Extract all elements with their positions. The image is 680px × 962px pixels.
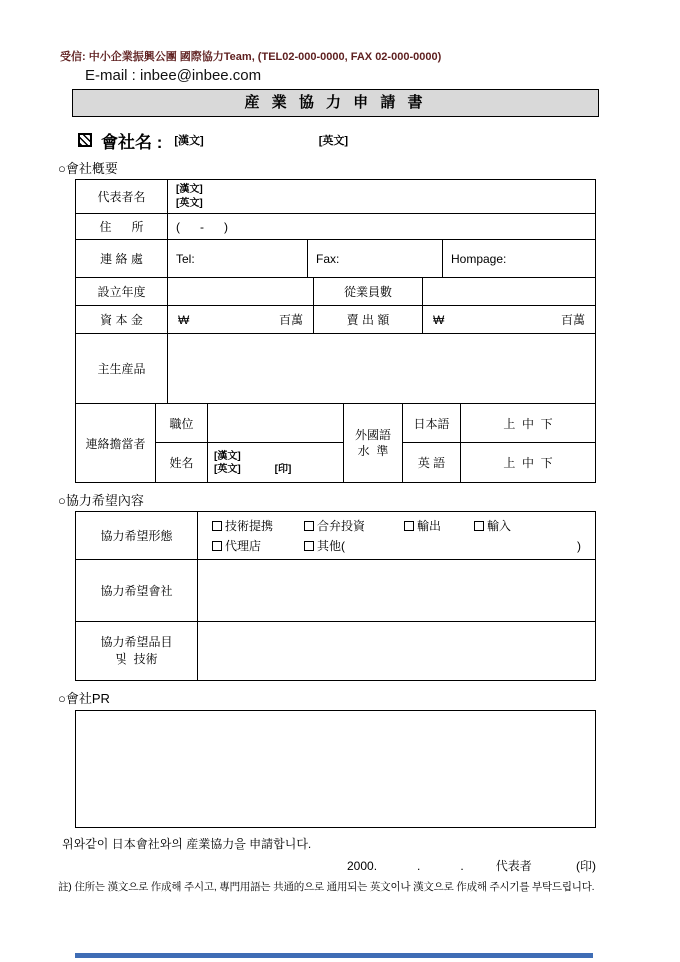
english-level-options[interactable]: 上 中 下 xyxy=(461,443,595,482)
bottom-blue-bar xyxy=(75,953,593,958)
checkbox-option-agency[interactable]: 代理店 xyxy=(212,537,304,554)
capital-amount-field[interactable]: ₩ 百萬 xyxy=(168,306,314,333)
address-label: 住 所 xyxy=(76,214,168,239)
rep-hanja-placeholder: [漢文] xyxy=(176,183,203,197)
other-close-paren: ) xyxy=(577,539,587,553)
address-field[interactable]: ( - ) xyxy=(168,214,595,239)
table-row-contact: 連 絡 處 Tel: Fax: Hompage: xyxy=(76,240,595,278)
footnote: 註) 住所는 漢文으로 作成해 주시고, 專門用語는 共通的으로 通用되는 英文… xyxy=(58,879,680,894)
date-signature-line: 2000. . . 代表者 (印) xyxy=(60,857,600,874)
employees-field[interactable] xyxy=(423,278,595,305)
option-label: 其他( xyxy=(317,537,345,554)
section-cooperation-title: ○協力希望內容 xyxy=(58,490,680,509)
founding-year-label: 設立年度 xyxy=(76,278,168,305)
hatched-square-icon xyxy=(78,133,92,147)
table-row-cooperation-form: 協力希望形態 技術提携 合弁投資 輸出 xyxy=(76,512,595,560)
cooperation-items-label: 協力希望品目 및 技術 xyxy=(76,622,198,680)
name-english-placeholder: [英文] xyxy=(214,463,241,476)
cooperation-table: 協力希望形態 技術提携 合弁投資 輸出 xyxy=(75,511,596,681)
email-line: E-mail : inbee@inbee.com xyxy=(85,67,680,84)
checkbox-icon[interactable] xyxy=(404,521,414,531)
position-field[interactable] xyxy=(208,404,344,443)
option-label: 輸入 xyxy=(487,517,511,534)
checkbox-icon[interactable] xyxy=(474,521,484,531)
employees-label: 從業員數 xyxy=(314,278,423,305)
capital-label: 資 本 金 xyxy=(76,306,168,333)
company-name-hanja-placeholder[interactable]: [漢文] xyxy=(174,132,203,148)
checkbox-icon[interactable] xyxy=(304,541,314,551)
won-sign: ₩ xyxy=(433,313,444,327)
homepage-field[interactable]: Hompage: xyxy=(443,240,595,277)
english-label: 英 語 xyxy=(403,443,461,482)
contact-person-label: 連絡擔當者 xyxy=(76,404,156,482)
contact-label: 連 絡 處 xyxy=(76,240,168,277)
sales-label: 賣 出 額 xyxy=(314,306,423,333)
foreign-language-level-label: 外國語 水 準 xyxy=(344,404,403,482)
section-company-overview-title: ○會社槪要 xyxy=(58,158,680,177)
checkbox-icon[interactable] xyxy=(212,521,222,531)
cooperation-items-field[interactable] xyxy=(198,622,595,680)
section-pr-title: ○會社PR xyxy=(58,688,680,707)
items-label-line1: 協力希望品目 xyxy=(100,634,172,651)
cooperation-company-label: 協力希望會社 xyxy=(76,560,198,621)
company-overview-table: 代表者名 [漢文] [英文] 住 所 ( - ) 連 絡 處 Tel: Fax:… xyxy=(75,179,596,483)
sales-amount-field[interactable]: ₩ 百萬 xyxy=(423,306,595,333)
table-row-address: 住 所 ( - ) xyxy=(76,214,595,240)
company-pr-field[interactable] xyxy=(75,710,596,828)
main-products-label: 主生産品 xyxy=(76,334,168,403)
application-form-page: 受信: 中小企業振興公團 國際協力Team, (TEL02-000-0000, … xyxy=(0,0,680,962)
date-year[interactable]: 2000. xyxy=(347,859,377,873)
table-row-representative: 代表者名 [漢文] [英文] xyxy=(76,180,595,214)
checkbox-option-other[interactable]: 其他( xyxy=(304,537,345,554)
table-row-cooperation-company: 協力希望會社 xyxy=(76,560,595,622)
form-title: 産 業 協 力 申 請 書 xyxy=(72,89,599,117)
option-label: 技術提携 xyxy=(225,517,273,534)
representative-name-field[interactable]: [漢文] [英文] xyxy=(168,180,595,213)
won-sign: ₩ xyxy=(178,313,189,327)
representative-label: 代表者 xyxy=(496,857,532,874)
main-products-field[interactable] xyxy=(168,334,595,403)
company-name-label: 會社名 : xyxy=(101,128,162,153)
cooperation-form-options: 技術提携 合弁投資 輸出 輸入 xyxy=(198,512,595,559)
contact-person-name-field[interactable]: [漢文] [英文] [印] xyxy=(208,443,344,482)
checkbox-option-export[interactable]: 輸出 xyxy=(404,517,474,534)
company-name-line: 會社名 : [漢文] [英文] xyxy=(78,129,680,151)
table-row-capital: 資 本 金 ₩ 百萬 賣 出 額 ₩ 百萬 xyxy=(76,306,595,334)
options-row-1: 技術提携 合弁投資 輸出 輸入 xyxy=(212,516,587,536)
date-month-dot[interactable]: . xyxy=(417,859,420,873)
million-unit: 百萬 xyxy=(279,311,303,328)
tel-field[interactable]: Tel: xyxy=(168,240,308,277)
million-unit: 百萬 xyxy=(561,311,585,328)
table-row-products: 主生産品 xyxy=(76,334,595,404)
table-row-contact-person: 連絡擔當者 職位 外國語 水 準 日本語 上 中 下 姓名 [漢文] [英文] … xyxy=(76,404,595,482)
name-hanja-placeholder: [漢文] xyxy=(214,450,241,463)
japanese-label: 日本語 xyxy=(403,404,461,443)
option-label: 輸出 xyxy=(417,517,441,534)
cooperation-company-field[interactable] xyxy=(198,560,595,621)
rep-english-placeholder: [英文] xyxy=(176,197,203,211)
date-day-dot[interactable]: . xyxy=(460,859,463,873)
table-row-founding: 設立年度 從業員數 xyxy=(76,278,595,306)
contact-person-grid: 職位 外國語 水 準 日本語 上 中 下 姓名 [漢文] [英文] [印] 英 … xyxy=(156,404,595,482)
foreign-lang-line1: 外國語 xyxy=(355,427,391,443)
name-line2: [英文] [印] xyxy=(214,463,291,476)
recipient-line: 受信: 中小企業振興公團 國際協力Team, (TEL02-000-0000, … xyxy=(60,48,680,64)
japanese-level-options[interactable]: 上 中 下 xyxy=(461,404,595,443)
position-label: 職位 xyxy=(156,404,208,443)
cooperation-form-label: 協力希望形態 xyxy=(76,512,198,559)
seal-placeholder: [印] xyxy=(275,463,292,476)
founding-year-field[interactable] xyxy=(168,278,314,305)
table-row-cooperation-items: 協力希望品目 및 技術 xyxy=(76,622,595,680)
company-name-english-placeholder[interactable]: [英文] xyxy=(319,132,348,148)
option-label: 合弁投資 xyxy=(317,517,365,534)
checkbox-option-import[interactable]: 輸入 xyxy=(474,517,511,534)
options-row-2: 代理店 其他( ) xyxy=(212,536,587,556)
option-label: 代理店 xyxy=(225,537,261,554)
checkbox-icon[interactable] xyxy=(304,521,314,531)
checkbox-icon[interactable] xyxy=(212,541,222,551)
representative-name-label: 代表者名 xyxy=(76,180,168,213)
seal-mark: (印) xyxy=(576,857,596,874)
fax-field[interactable]: Fax: xyxy=(308,240,443,277)
checkbox-option-tech-alliance[interactable]: 技術提携 xyxy=(212,517,304,534)
checkbox-option-joint-investment[interactable]: 合弁投資 xyxy=(304,517,404,534)
foreign-lang-line2: 水 準 xyxy=(358,443,389,459)
items-label-line2: 및 技術 xyxy=(115,651,157,668)
name-label: 姓名 xyxy=(156,443,208,482)
application-statement: 위와같이 日本會社와의 産業協力을 申請합니다. xyxy=(62,835,680,852)
